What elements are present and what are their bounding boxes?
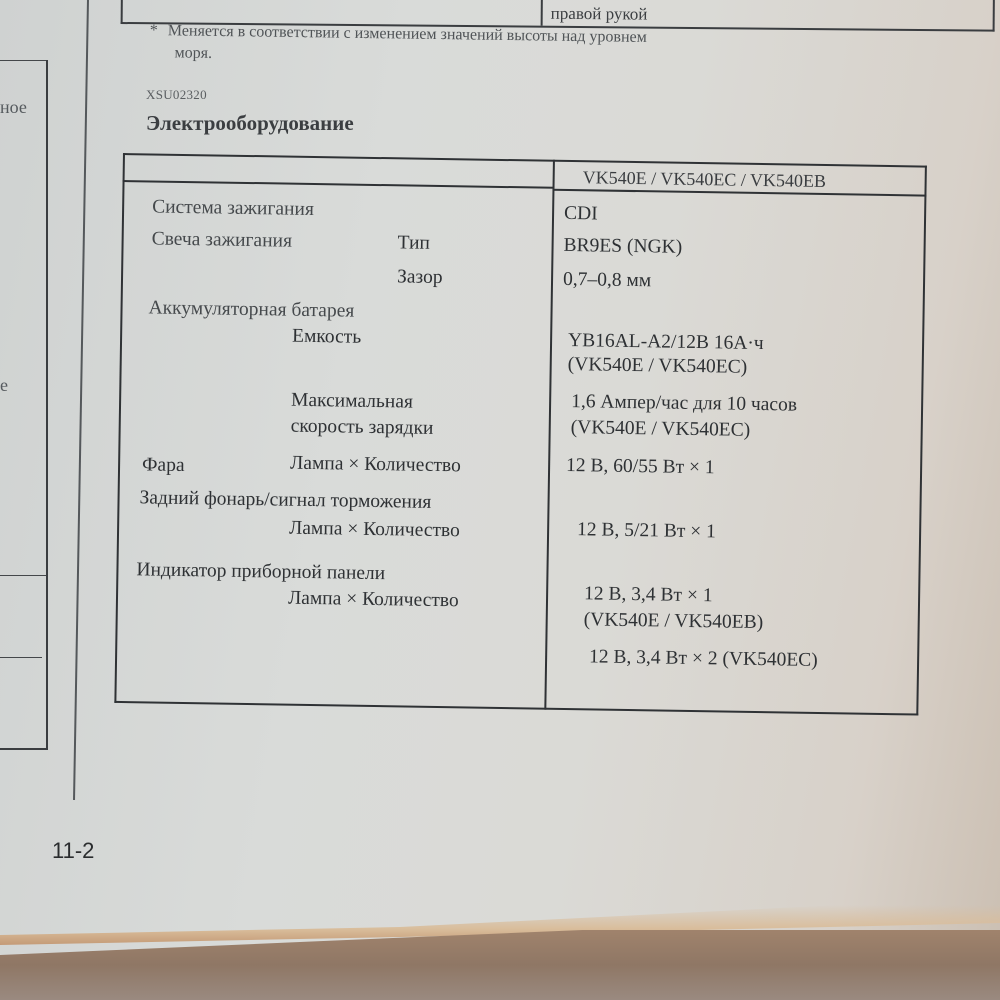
row-label-tail-brake-light: Задний фонарь/сигнал торможения <box>139 486 431 515</box>
value-battery-capacity: YB16AL-A2/12B 16A·ч <box>568 329 764 356</box>
value-ignition-system: CDI <box>564 202 598 227</box>
left-table-divider <box>0 575 46 576</box>
value-instrument-indicator-ec: 12 В, 3,4 Вт × 2 (VK540EC) <box>589 645 818 673</box>
value-max-charge-rate: 1,6 Ампер/час для 10 часов <box>571 390 797 418</box>
manual-page: ное е правой рукой *Меняется в соответст… <box>0 0 1000 1000</box>
left-page-table-frame <box>0 60 48 750</box>
value-instrument-indicator-models: (VK540E / VK540EB) <box>584 608 764 635</box>
gutter-line <box>73 0 89 800</box>
footnote-text: Меняется в соответствии с изменением зна… <box>168 22 647 46</box>
left-page-fragment: е <box>0 375 8 396</box>
section-code: XSU02320 <box>146 87 207 103</box>
footnote-marker: * <box>150 22 158 39</box>
value-battery-capacity-models: (VK540E / VK540EC) <box>568 353 748 380</box>
table-column-divider <box>541 0 543 26</box>
sublabel-battery-capacity: Емкость <box>292 325 361 350</box>
sublabel-spark-plug-gap: Зазор <box>397 265 443 290</box>
row-label-spark-plug: Свеча зажигания <box>151 227 292 253</box>
value-headlight-bulb: 12 В, 60/55 Вт × 1 <box>566 454 715 480</box>
row-label-headlight: Фара <box>142 453 185 478</box>
sublabel-tail-brake-light-bulb: Лампа × Количество <box>289 517 460 544</box>
row-label-ignition-system: Система зажигания <box>152 195 314 222</box>
section-title: Электрооборудование <box>146 111 354 136</box>
row-label-instrument-indicator: Индикатор приборной панели <box>136 558 385 586</box>
table-header-models: VK540E / VK540EC / VK540EB <box>583 167 827 192</box>
footnote: *Меняется в соответствии с изменением зн… <box>149 20 890 74</box>
value-max-charge-rate-models: (VK540E / VK540EC) <box>571 416 751 443</box>
row-label-battery: Аккумуляторная батарея <box>148 296 354 323</box>
left-table-divider <box>0 60 46 61</box>
sublabel-max-charge-rate-line2: скорость зарядки <box>291 415 434 441</box>
table-cell: правой рукой <box>551 4 648 25</box>
electrical-spec-table: VK540E / VK540EC / VK540EB Система зажиг… <box>114 153 923 715</box>
sublabel-max-charge-rate: Максимальная <box>291 389 413 415</box>
sublabel-headlight-bulb: Лампа × Количество <box>290 452 461 479</box>
value-instrument-indicator-bulb: 12 В, 3,4 Вт × 1 <box>584 582 713 608</box>
sublabel-spark-plug-type: Тип <box>397 231 430 256</box>
page-number: 11-2 <box>52 838 94 864</box>
sublabel-instrument-indicator-bulb: Лампа × Количество <box>288 587 459 614</box>
value-spark-plug-gap: 0,7–0,8 мм <box>563 268 651 293</box>
left-page-fragment: ное <box>0 97 27 118</box>
value-spark-plug-type: BR9ES (NGK) <box>563 234 682 260</box>
value-tail-brake-light-bulb: 12 В, 5/21 Вт × 1 <box>577 518 716 544</box>
left-table-divider <box>0 657 42 658</box>
